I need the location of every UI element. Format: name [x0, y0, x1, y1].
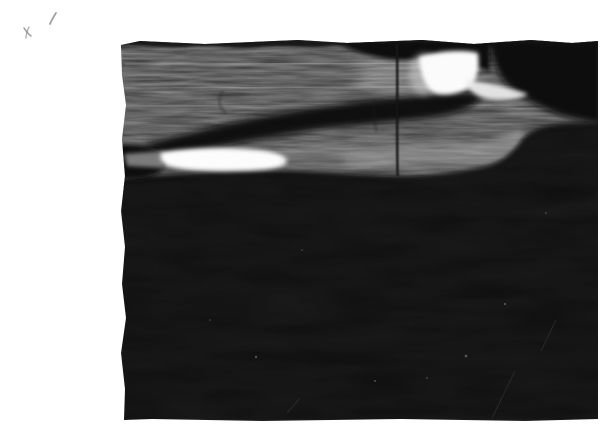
artwork-canvas	[0, 0, 600, 424]
speckle	[255, 356, 257, 358]
vertical-line	[397, 44, 398, 176]
speckle	[426, 377, 428, 379]
speckle	[504, 303, 506, 305]
left-gray-streak	[124, 151, 164, 168]
white-streak	[160, 148, 287, 171]
speckle	[209, 319, 211, 321]
speckle	[301, 249, 303, 251]
speckle	[465, 355, 468, 358]
speckle	[545, 212, 547, 214]
streak-band-smudge	[283, 153, 347, 169]
speckle	[374, 380, 376, 382]
print-block	[118, 38, 600, 424]
abstract-print-artwork	[0, 0, 600, 424]
